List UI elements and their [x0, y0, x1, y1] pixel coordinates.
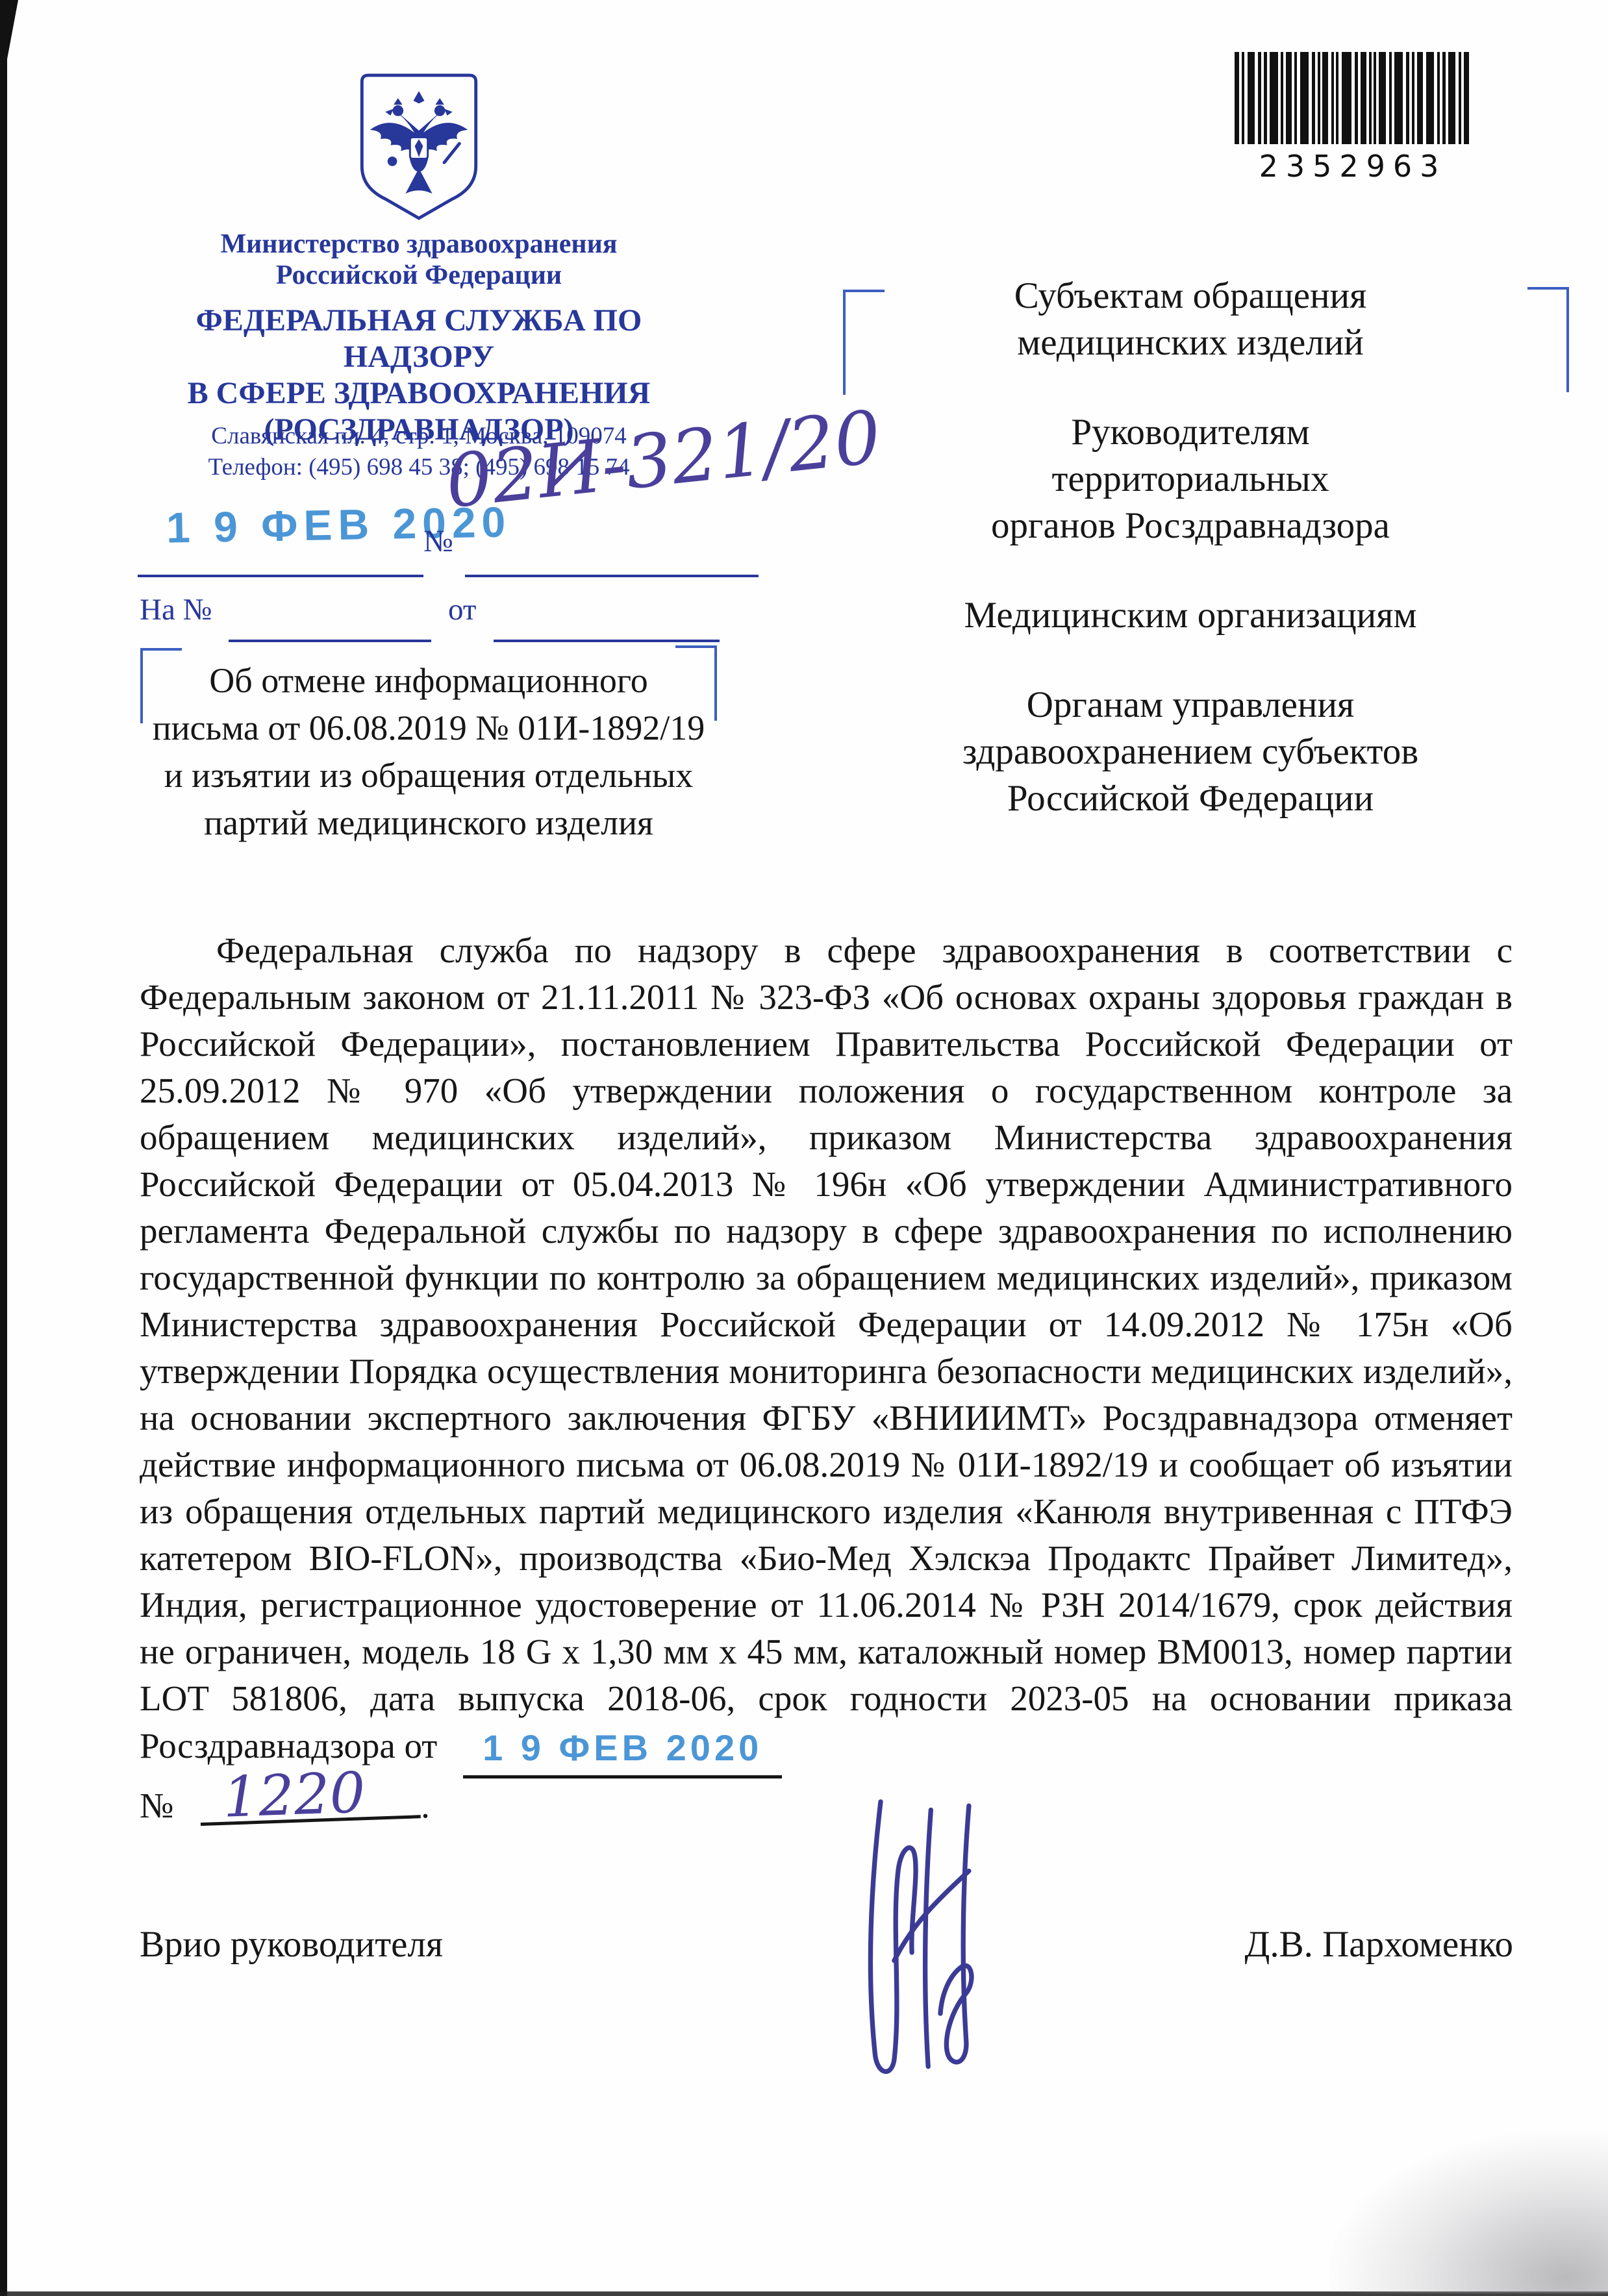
from-label: от	[448, 592, 476, 627]
signature-icon	[813, 1790, 1008, 2088]
recipient-line: органов Росздравнадзора	[838, 503, 1543, 549]
date-underline	[138, 575, 423, 577]
recipients-block: Субъектам обращения медицинских изделий …	[838, 273, 1543, 865]
scanned-letter-page: 2352963	[0, 0, 1608, 2296]
recipient-line: Субъектам обращения	[838, 273, 1543, 319]
body-paragraph: Федеральная служба по надзору в сфере зд…	[140, 927, 1513, 1829]
order-date-stamp: 1 9 ФЕВ 2020	[463, 1725, 782, 1778]
reply-date-underline	[494, 640, 720, 642]
order-number-sign: №	[140, 1786, 173, 1825]
recipient-group-4: Органам управления здравоохранением субъ…	[838, 682, 1543, 822]
recipient-line: Органам управления	[838, 682, 1543, 729]
service-line-2: В СФЕРЕ ЗДРАВООХРАНЕНИЯ	[120, 375, 718, 412]
body-main-text: Федеральная служба по надзору в сфере зд…	[140, 930, 1513, 1766]
recipient-line: территориальных	[838, 456, 1543, 503]
signer-position: Врио руководителя	[140, 1923, 443, 1965]
number-sign: №	[423, 523, 453, 559]
coat-of-arms	[120, 73, 718, 224]
ministry-line-1: Министерство здравоохранения	[120, 229, 718, 260]
subject-line-1: Об отмене информационного	[143, 657, 714, 705]
scan-edge-left	[0, 0, 7, 2296]
recipient-group-1: Субъектам обращения медицинских изделий	[838, 273, 1543, 366]
recipient-line: Российской Федерации	[838, 775, 1543, 822]
subject-line-4: партий медицинского изделия	[143, 799, 714, 847]
recipient-line: медицинских изделий	[838, 319, 1543, 366]
recipient-line: Медицинским организациям	[838, 592, 1543, 639]
recipient-line: здравоохранением субъектов	[838, 729, 1543, 775]
barcode-block: 2352963	[1233, 52, 1473, 184]
double-eagle-icon	[355, 73, 483, 221]
body-period: .	[421, 1786, 430, 1825]
barcode-number: 2352963	[1233, 149, 1473, 184]
subject-line-3: и изъятии из обращения отдельных	[143, 752, 714, 799]
reply-to-label: На №	[140, 592, 212, 627]
recipient-group-2: Руководителям территориальных органов Ро…	[838, 409, 1543, 549]
number-underline	[465, 575, 759, 577]
barcode-icon	[1233, 52, 1472, 144]
order-number-handwritten: 1220	[199, 1768, 421, 1826]
ministry-name: Министерство здравоохранения Российской …	[120, 229, 718, 291]
signature	[813, 1790, 1008, 2091]
service-line-1: ФЕДЕРАЛЬНАЯ СЛУЖБА ПО НАДЗОРУ	[120, 303, 718, 375]
scan-smudge	[1329, 2131, 1608, 2293]
ministry-line-2: Российской Федерации	[120, 260, 718, 291]
signer-name: Д.В. Пархоменко	[1039, 1923, 1513, 1965]
subject-block: Об отмене информационного письма от 06.0…	[143, 657, 714, 847]
subject-line-2: письма от 06.08.2019 № 01И-1892/19	[143, 705, 714, 752]
recipient-group-3: Медицинским организациям	[838, 592, 1543, 639]
recipient-line: Руководителям	[838, 409, 1543, 456]
reply-number-underline	[229, 640, 431, 642]
scan-edge-wedge	[0, 0, 18, 97]
